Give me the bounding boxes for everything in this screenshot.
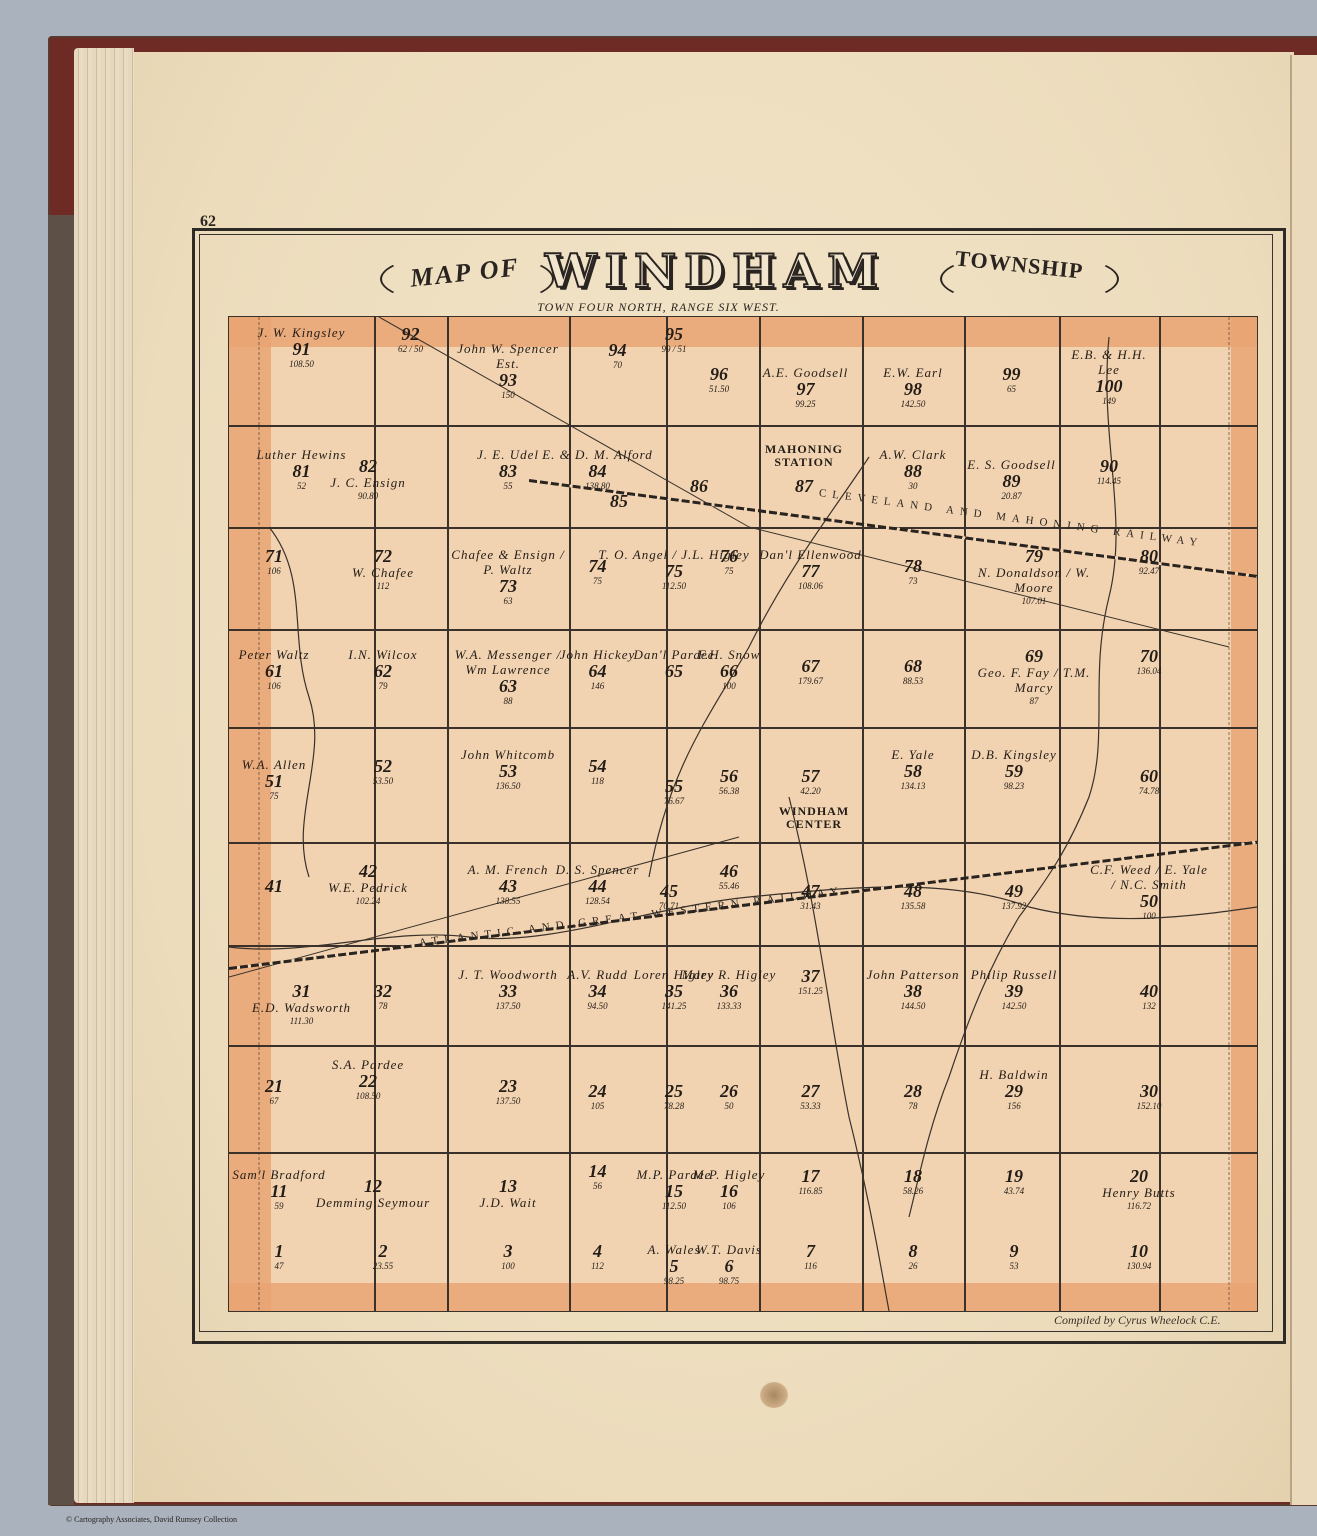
grid-line	[229, 727, 1257, 729]
section-40: 40132	[1089, 982, 1209, 1012]
section-80: 8092.47	[1089, 547, 1209, 577]
section-8: 826	[862, 1242, 964, 1272]
section-1: 147	[229, 1242, 329, 1272]
section-68: 6888.53	[862, 657, 964, 687]
section-37: 37151.25	[759, 967, 862, 997]
section-91: J. W. Kingsley91108.50	[229, 325, 374, 370]
section-57: 5742.20	[759, 767, 862, 797]
section-42: 42W.E. Pedrick102.24	[289, 862, 447, 907]
windham-center-label: WINDHAM CENTER	[759, 805, 869, 831]
section-70: 70136.04	[1089, 647, 1209, 677]
book-cover-spine	[48, 215, 74, 1505]
section-78: 7873	[862, 557, 964, 587]
section-82: 82J. C. Ensign90.80	[289, 457, 447, 502]
grid-line	[229, 1152, 1257, 1154]
section-59: D.B. Kingsley5998.23	[964, 747, 1064, 792]
section-88: A.W. Clark8830	[862, 447, 964, 492]
section-98: E.W. Earl98142.50	[862, 365, 964, 410]
section-49: 49137.92	[964, 882, 1064, 912]
grid-line	[229, 629, 1257, 631]
section-28: 2878	[862, 1082, 964, 1112]
township-map: CLEVELAND AND MAHONING RAILWAY ATLANTIC …	[228, 316, 1258, 1312]
section-48: 48135.58	[862, 882, 964, 912]
section-19: 1943.74	[964, 1167, 1064, 1197]
facing-page-edge	[1290, 55, 1317, 1505]
section-10: 10130.94	[1069, 1242, 1209, 1272]
section-60: 6074.78	[1089, 767, 1209, 797]
section-27: 2753.33	[759, 1082, 862, 1112]
grid-line	[1159, 317, 1161, 1311]
section-22: S.A. Pardee22108.50	[289, 1057, 447, 1102]
section-79: 79N. Donaldson / W. Moore107.01	[964, 547, 1104, 607]
page-edges	[74, 48, 134, 1503]
copyright-notice: © Cartography Associates, David Rumsey C…	[66, 1515, 237, 1524]
section-99: 9965	[964, 365, 1059, 395]
section-86: 86	[659, 477, 739, 495]
section-87: 87	[759, 477, 849, 495]
section-61: Peter Waltz61106	[229, 647, 319, 692]
title-main: WINDHAM	[545, 244, 886, 298]
section-51: W.A. Allen5175	[229, 757, 319, 802]
compiler-credit: Compiled by Cyrus Wheelock C.E.	[1054, 1313, 1221, 1328]
title-subtitle: TOWN FOUR NORTH, RANGE SIX WEST.	[0, 300, 1317, 315]
section-9: 953	[964, 1242, 1064, 1272]
paper-stain	[760, 1382, 788, 1408]
section-32: 3278	[319, 982, 447, 1012]
section-71: 71106	[229, 547, 319, 577]
section-100: E.B. & H.H. Lee100149	[1059, 347, 1159, 407]
section-30: 30152.10	[1089, 1082, 1209, 1112]
section-90: 90114.45	[1059, 457, 1159, 487]
section-52: 5253.50	[319, 757, 447, 787]
mahoning-station-label: MAHONING STATION	[749, 443, 859, 469]
grid-line	[666, 317, 668, 1311]
grid-line	[229, 842, 1257, 844]
section-29: H. Baldwin29156	[964, 1067, 1064, 1112]
grid-line	[229, 945, 1257, 947]
section-67: 67179.67	[759, 657, 862, 687]
section-17: 17116.85	[759, 1167, 862, 1197]
section-97: A.E. Goodsell9799.25	[749, 365, 862, 410]
section-93: John W. Spencer Est.93150	[447, 341, 569, 401]
section-18: 1858.26	[862, 1167, 964, 1197]
section-84: E. & D. M. Alford84138.80	[529, 447, 666, 492]
section-62: I.N. Wilcox6279	[319, 647, 447, 692]
section-20: 20Henry Butts116.72	[1069, 1167, 1209, 1212]
section-38: John Patterson38144.50	[862, 967, 964, 1012]
section-77: Dan'l Ellenwood77108.06	[759, 547, 862, 592]
section-95: 9599 / 51	[589, 325, 759, 355]
section-92: 9262 / 50	[374, 325, 447, 355]
section-2: 223.55	[319, 1242, 447, 1272]
section-39: Philip Russell39142.50	[964, 967, 1064, 1012]
section-58: E. Yale58134.13	[862, 747, 964, 792]
grid-line	[229, 1045, 1257, 1047]
section-7: 7116	[759, 1242, 862, 1272]
section-72: 72W. Chafee112	[319, 547, 447, 592]
section-89: E. S. Goodsell8920.87	[964, 457, 1059, 502]
section-47: 4731.43	[759, 882, 862, 912]
grid-line	[229, 425, 1257, 427]
section-50: C.F. Weed / E. Yale / N.C. Smith50100	[1089, 862, 1209, 922]
section-12: 12Demming Seymour	[299, 1177, 447, 1210]
section-69: 69Geo. F. Fay / T.M. Marcy87	[964, 647, 1104, 707]
